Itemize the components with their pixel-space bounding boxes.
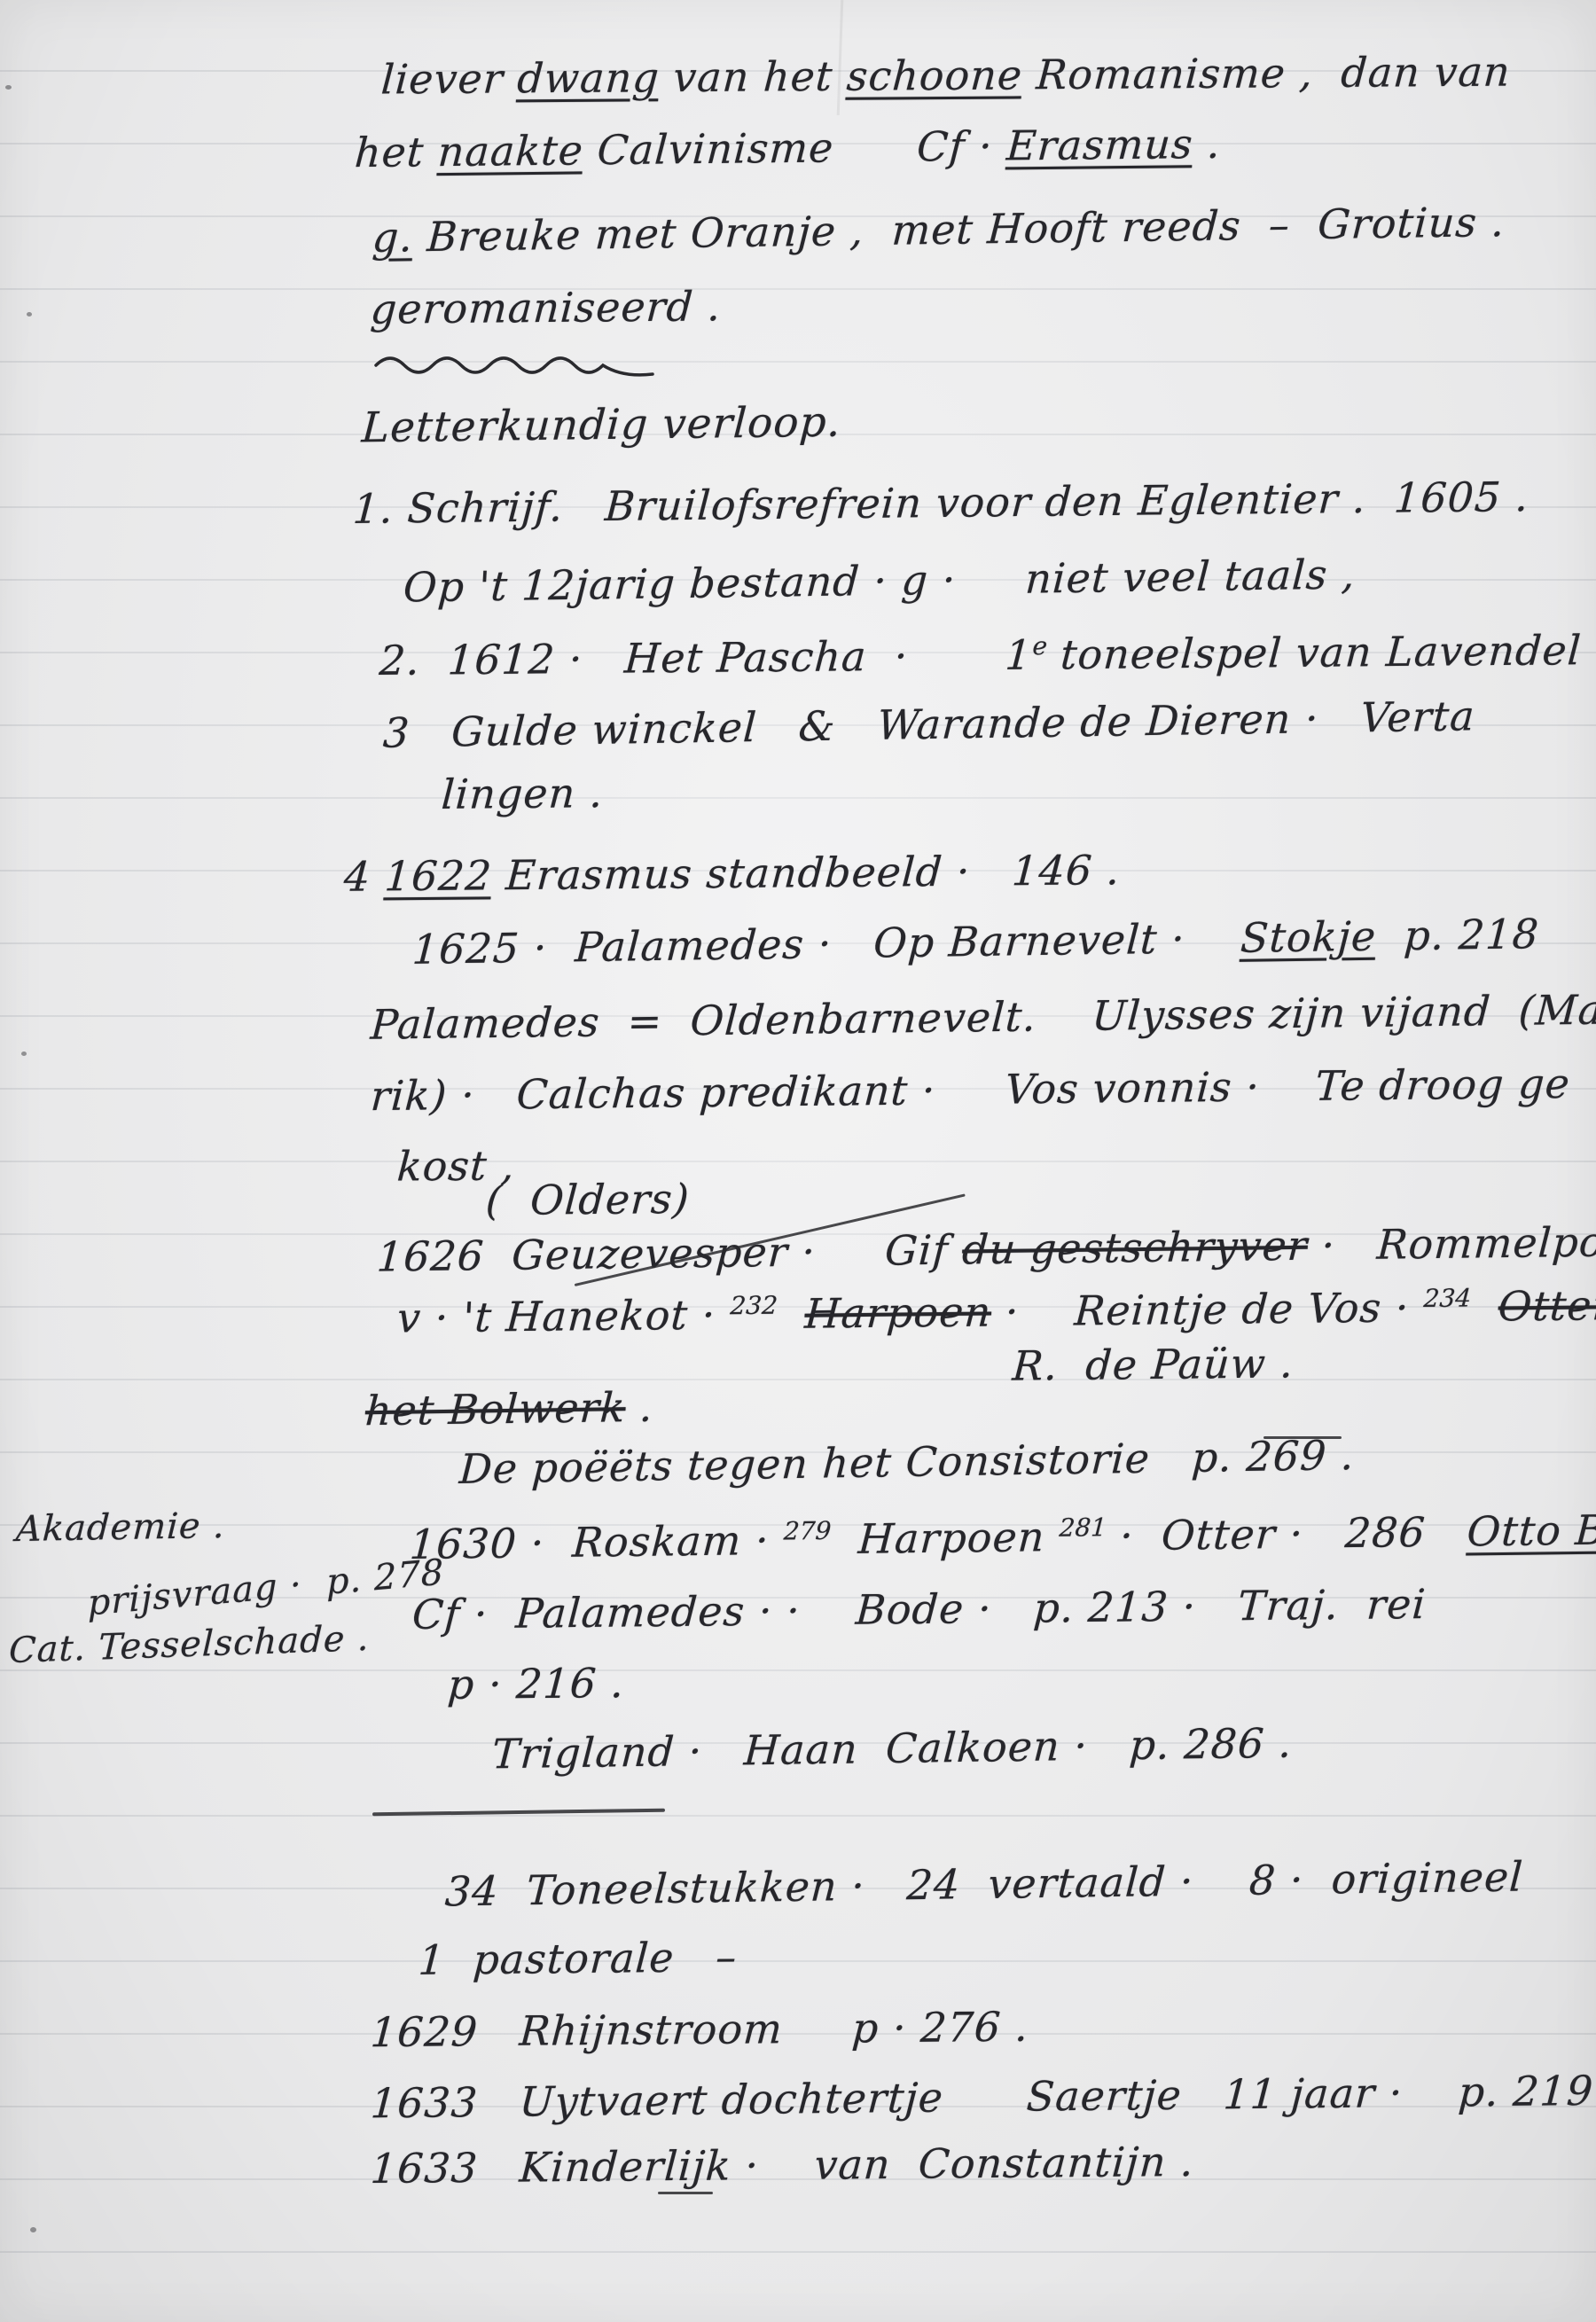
manuscript-line: 1626 Geuzevesper · Gif du gestschryver ·… xyxy=(375,1217,1596,1280)
section-heading: Letterkundig verloop. xyxy=(360,398,842,453)
scan-speck xyxy=(21,1052,27,1056)
scan-speck xyxy=(5,85,12,90)
manuscript-line: 2. 1612 · Het Pascha · 1e toneelspel van… xyxy=(378,626,1596,684)
manuscript-line: het naakte Calvinisme Cf · Erasmus . xyxy=(353,120,1222,176)
manuscript-line: liever dwang van het schoone Romanisme ,… xyxy=(379,48,1512,104)
manuscript-line: 3 Gulde winckel & Warande de Dieren · Ve… xyxy=(382,692,1476,756)
squiggle-divider xyxy=(372,348,709,383)
short-underline-mark xyxy=(658,2192,713,2194)
manuscript-line: Trigland · Haan Calkoen · p. 286 . xyxy=(491,1719,1295,1779)
rule-divider xyxy=(372,1809,665,1817)
manuscript-line: p · 216 . xyxy=(446,1659,626,1708)
manuscript-line: R. de Paüw . xyxy=(1011,1339,1295,1389)
manuscript-line: 1. Schrijf. Bruilofsrefrein voor den Egl… xyxy=(351,473,1530,533)
margin-note: Cat. Tesselschade . xyxy=(8,1618,370,1671)
manuscript-line: 1 pastorale – xyxy=(417,1933,739,1984)
manuscript-line: 1629 Rhijnstroom p · 276 . xyxy=(369,2003,1030,2057)
manuscript-line: De poëëts tegen het Consistorie p. 269 . xyxy=(458,1431,1357,1493)
manuscript-line: geromaniseerd . xyxy=(369,282,723,332)
margin-note: Akademie . xyxy=(15,1505,226,1550)
manuscript-line: 1633 Kinderlijk · van Constantijn . xyxy=(369,2138,1195,2193)
manuscript-line: Cf · Palamedes · · Bode · p. 213 · Traj.… xyxy=(411,1580,1427,1638)
scan-speck xyxy=(30,2227,36,2232)
scan-speck xyxy=(27,312,32,317)
manuscript-line: g. Breuke met Oranje , met Hooft reeds –… xyxy=(372,198,1506,262)
manuscript-line: Op 't 12jarig bestand · g · niet veel ta… xyxy=(403,550,1357,611)
manuscript-line: 34 Toneelstukken · 24 vertaald · 8 · ori… xyxy=(444,1852,1525,1915)
manuscript-line: 1630 · Roskam · 279 Harpoen 281 · Otter … xyxy=(408,1505,1596,1568)
manuscript-line: lingen . xyxy=(440,769,605,818)
manuscript-line: ( Olders) xyxy=(484,1175,691,1224)
manuscript-line: 4 1622 Erasmus standbeeld · 146 . xyxy=(342,846,1122,901)
manuscript-line: v · 't Hanekot · 232 Harpoen · Reintje d… xyxy=(395,1280,1596,1341)
manuscript-line: 1633 Uytvaert dochtertje Saertje 11 jaar… xyxy=(369,2067,1596,2128)
manuscript-line: 1625 · Palamedes · Op Barnevelt · Stokje… xyxy=(411,910,1541,973)
manuscript-line: het Bolwerk . xyxy=(364,1383,655,1435)
manuscript-page: liever dwang van het schoone Romanisme ,… xyxy=(0,0,1596,2322)
manuscript-line: Palamedes = Oldenbarnevelt. Ulysses zijn… xyxy=(369,985,1596,1048)
margin-note: prijsvraag · p. 278 xyxy=(87,1552,444,1623)
manuscript-line: rik) · Calchas predikant · Vos vonnis · … xyxy=(369,1059,1571,1120)
